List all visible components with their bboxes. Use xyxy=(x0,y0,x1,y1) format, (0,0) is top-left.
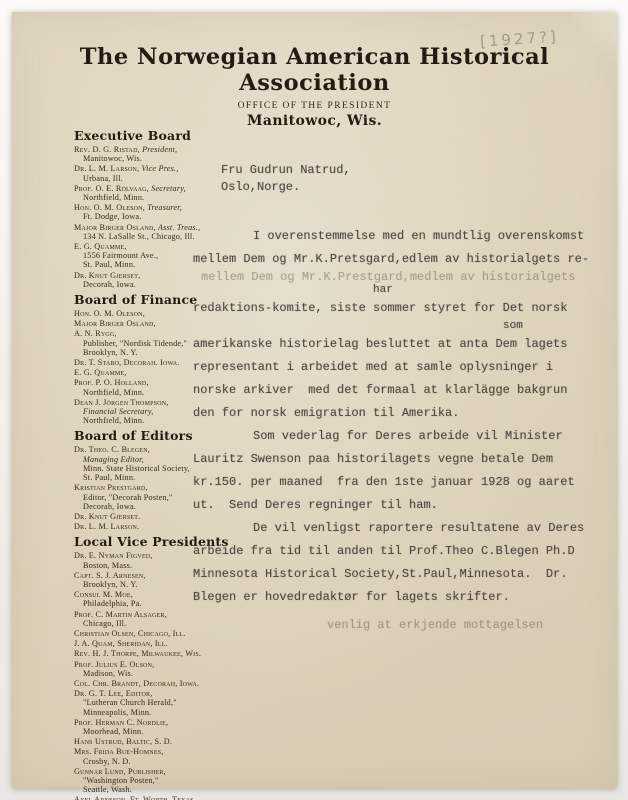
board-member: Rev. H. J. Thorpe, Milwaukee, Wis. xyxy=(74,649,239,658)
scanned-letter-page: { "pencil_note": "[1927?]", "letterhead"… xyxy=(0,0,628,800)
letter-line: venlig at erkjende mottagelsen xyxy=(327,614,603,637)
board-member-detail: Crosby, N. D. xyxy=(74,757,239,766)
letter-line: som xyxy=(503,320,603,333)
letterhead: The Norwegian American Historical Associ… xyxy=(12,44,617,129)
recipient-line: Fru Gudrun Natrud, xyxy=(221,162,603,179)
recipient-block: Fru Gudrun Natrud,Oslo,Norge. xyxy=(221,162,603,196)
board-member-detail: Madison, Wis. xyxy=(74,669,239,678)
board-member-name: Hans Ustrud, Baltic, S. D. xyxy=(74,737,239,746)
board-member-name: Rev. D. G. Ristad, President, xyxy=(74,145,239,154)
letter-line: representant i arbeidet med at samle opl… xyxy=(193,356,603,379)
board-member: Hans Ustrud, Baltic, S. D. xyxy=(74,737,239,746)
letter-line: Som vederlag for Deres arbeide vil Minis… xyxy=(193,425,603,448)
recipient-line: Oslo,Norge. xyxy=(221,179,603,196)
letter-line: De vil venligst raportere resultatene av… xyxy=(193,517,603,540)
board-member: Dr. G. T. Lee, Editor,"Lutheran Church H… xyxy=(74,689,239,717)
board-member-name: Axel Arneson, Ft. Worth, Texas. xyxy=(74,795,239,800)
letter-line: Lauritz Swenson paa historilagets vegne … xyxy=(193,448,603,471)
letter-paper: [1927?] The Norwegian American Historica… xyxy=(12,12,617,788)
letter-line: amerikanske historielag besluttet at ant… xyxy=(193,333,603,356)
board-member-detail: Moorhead, Minn. xyxy=(74,727,239,736)
letter-body: I overenstemmelse med en mundtlig overen… xyxy=(193,225,603,637)
letter-line: mellem Dem og Mr.K.Pretsgard,edlem av hi… xyxy=(193,248,603,271)
letter-line: har xyxy=(373,284,603,297)
board-member-name: Col. Chr. Brandt, Decorah, Iowa. xyxy=(74,679,239,688)
letter-column: Fru Gudrun Natrud,Oslo,Norge. I overenst… xyxy=(193,162,603,637)
organization-title: The Norwegian American Historical Associ… xyxy=(12,44,617,96)
letter-line: norske arkiver med det formaal at klarlä… xyxy=(193,379,603,402)
board-heading: Executive Board xyxy=(74,128,239,143)
board-member-name: Dr. G. T. Lee, Editor, xyxy=(74,689,239,698)
board-member-name: Mrs. Frida Bue-Homnes, xyxy=(74,747,239,756)
board-member-detail: "Washington Posten," xyxy=(74,776,239,785)
letterhead-city-line: Manitowoc, Wis. xyxy=(12,113,617,129)
board-member: Prof. Julius E. Olson,Madison, Wis. xyxy=(74,660,239,678)
letter-line: Minnesota Historical Society,St.Paul,Min… xyxy=(193,563,603,586)
board-member: Mrs. Frida Bue-Homnes,Crosby, N. D. xyxy=(74,747,239,765)
board-member-detail: Minneapolis, Minn. xyxy=(74,708,239,717)
letter-line: redaktions-komite, siste sommer styret f… xyxy=(193,297,603,320)
board-member: Prof. Herman C. Nordlie,Moorhead, Minn. xyxy=(74,718,239,736)
board-member-name: Prof. Julius E. Olson, xyxy=(74,660,239,669)
board-member-name: Gunnar Lund, Publisher, xyxy=(74,767,239,776)
board-member: J. A. Quam, Sheridan, Ill. xyxy=(74,639,239,648)
letter-line: den for norsk emigration til Amerika. xyxy=(193,402,603,425)
board-member-detail: "Lutheran Church Herald," xyxy=(74,698,239,707)
board-member-name: J. A. Quam, Sheridan, Ill. xyxy=(74,639,239,648)
letter-line: Blegen er hovedredaktør for lagets skrif… xyxy=(193,586,603,609)
letter-line: I overenstemmelse med en mundtlig overen… xyxy=(193,225,603,248)
letter-line: ut. Send Deres regninger til ham. xyxy=(193,494,603,517)
letter-line: arbeide fra tid til anden til Prof.Theo … xyxy=(193,540,603,563)
board-member: Rev. D. G. Ristad, President,Manitowoc, … xyxy=(74,145,239,163)
board-member: Col. Chr. Brandt, Decorah, Iowa. xyxy=(74,679,239,688)
letter-line: mellem Dem og Mr.K.Prestgard,medlem av h… xyxy=(193,271,603,284)
board-member-detail: Seattle, Wash. xyxy=(74,785,239,794)
office-of-president-line: OFFICE OF THE PRESIDENT xyxy=(12,101,617,111)
board-member: Gunnar Lund, Publisher,"Washington Poste… xyxy=(74,767,239,795)
board-member: Axel Arneson, Ft. Worth, Texas. xyxy=(74,795,239,800)
letter-line: kr.150. per maaned fra den 1ste januar 1… xyxy=(193,471,603,494)
board-member-name: Rev. H. J. Thorpe, Milwaukee, Wis. xyxy=(74,649,239,658)
board-member-name: Prof. Herman C. Nordlie, xyxy=(74,718,239,727)
